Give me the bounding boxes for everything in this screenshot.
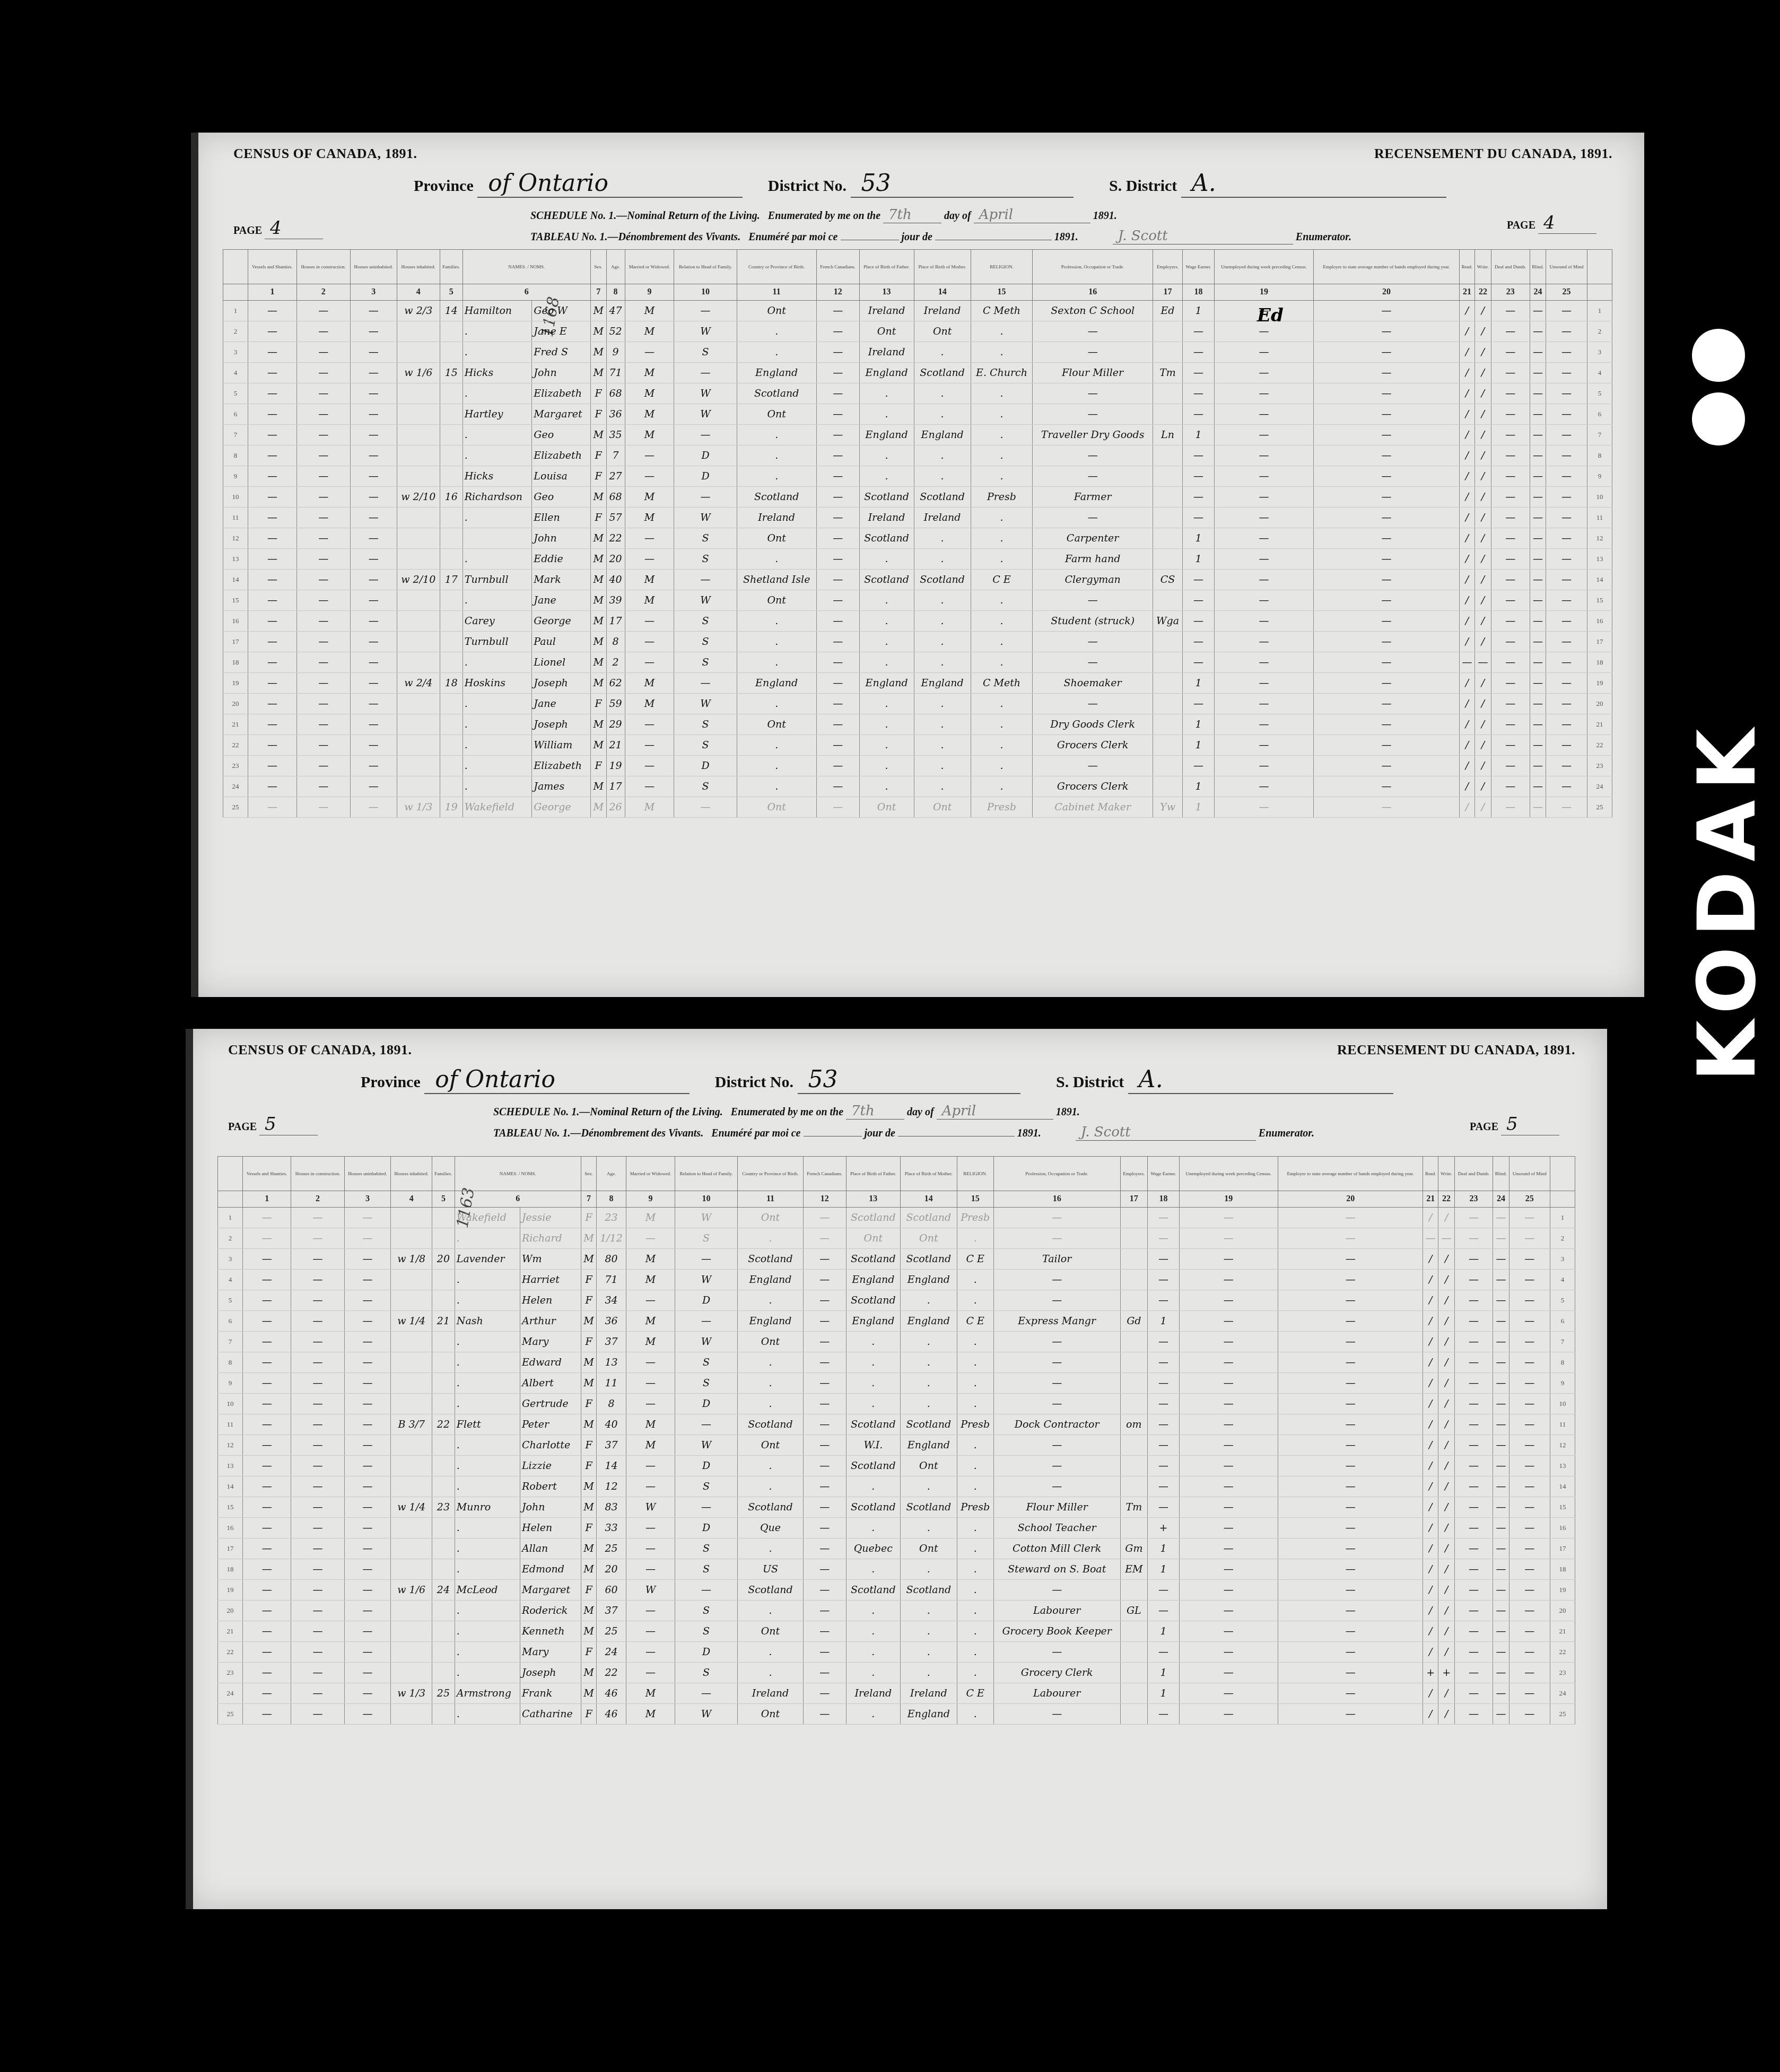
family-number xyxy=(440,383,463,404)
unsound-mind: — xyxy=(1509,1704,1550,1725)
french-canadian: — xyxy=(804,1394,846,1414)
unsound-mind: — xyxy=(1546,445,1587,466)
occupation: Sexton C School xyxy=(1033,301,1153,321)
row-number: 14 xyxy=(223,570,248,590)
family-number xyxy=(440,756,463,776)
houses-inhabited: w 1/3 xyxy=(391,1683,432,1704)
blind: — xyxy=(1493,1208,1509,1228)
religion: . xyxy=(957,1580,993,1601)
houses-inhabited xyxy=(391,1435,432,1456)
occupation: Tailor xyxy=(993,1249,1120,1270)
houses-construction: — xyxy=(291,1311,344,1332)
given-name: Robert xyxy=(520,1476,581,1497)
houses-construction: — xyxy=(291,1290,344,1311)
relation: — xyxy=(674,797,737,818)
hands-employed: — xyxy=(1278,1538,1423,1559)
relation: — xyxy=(675,1497,738,1518)
unsound-mind: — xyxy=(1546,363,1587,383)
wage-earner: 1 xyxy=(1148,1683,1180,1704)
row-number-right: 4 xyxy=(1587,363,1612,383)
row-number-right: 19 xyxy=(1587,673,1612,694)
vessels: — xyxy=(243,1683,291,1704)
deaf-dumb: — xyxy=(1454,1538,1493,1559)
wage-earner: 1 xyxy=(1183,549,1215,570)
unsound-mind: — xyxy=(1509,1394,1550,1414)
unsound-mind: — xyxy=(1546,549,1587,570)
religion: . xyxy=(957,1394,993,1414)
row-number-right: 2 xyxy=(1587,321,1612,342)
can-read: / xyxy=(1459,301,1474,321)
row-number: 23 xyxy=(218,1663,243,1683)
vessels: — xyxy=(248,632,297,652)
col-12: French Canadians. xyxy=(804,1157,846,1191)
wage-earner: — xyxy=(1148,1435,1180,1456)
houses-inhabited xyxy=(391,1394,432,1414)
surname: . xyxy=(463,694,532,714)
table-row: 8———.ElizabethF7—D.—...————//———8 xyxy=(223,445,1612,466)
family-number xyxy=(432,1601,455,1621)
deaf-dumb: — xyxy=(1491,735,1530,756)
blind: — xyxy=(1530,342,1546,363)
family-number xyxy=(432,1352,455,1373)
relation: W xyxy=(675,1332,738,1352)
table-row: 15———.JaneM39MWOnt—...————//———15 xyxy=(223,590,1612,611)
wage-earner: — xyxy=(1148,1601,1180,1621)
relation: D xyxy=(675,1642,738,1663)
row-number-right: 24 xyxy=(1587,776,1612,797)
birthplace: Ont xyxy=(737,528,816,549)
age: 20 xyxy=(597,1559,626,1580)
birthplace: Ont xyxy=(737,1208,803,1228)
blind: — xyxy=(1493,1456,1509,1476)
mother-birthplace: Ont xyxy=(901,1538,957,1559)
schedule-en: SCHEDULE No. 1.—Nominal Return of the Li… xyxy=(530,210,760,222)
religion: . xyxy=(957,1228,993,1249)
page-binding-edge xyxy=(186,1029,193,1909)
sex: M xyxy=(590,321,606,342)
vessels: — xyxy=(248,797,297,818)
birthplace: Ont xyxy=(737,714,816,735)
row-number: 20 xyxy=(223,694,248,714)
employer-annotation xyxy=(1120,1208,1148,1228)
sex: F xyxy=(590,404,606,425)
father-birthplace: . xyxy=(859,445,914,466)
occupation: — xyxy=(1033,652,1153,673)
blind: — xyxy=(1493,1476,1509,1497)
houses-inhabited: w 1/3 xyxy=(397,797,440,818)
row-number-right: 15 xyxy=(1550,1497,1575,1518)
row-number: 10 xyxy=(218,1394,243,1414)
vessels: — xyxy=(243,1580,291,1601)
unsound-mind: — xyxy=(1509,1518,1550,1538)
religion: . xyxy=(957,1642,993,1663)
unemployed: — xyxy=(1214,342,1313,363)
employer-annotation: Tm xyxy=(1120,1497,1148,1518)
relation: S xyxy=(674,528,737,549)
given-name: Margaret xyxy=(520,1580,581,1601)
hands-employed: — xyxy=(1278,1663,1423,1683)
schedule-fr: TABLEAU No. 1.—Dénombrement des Vivants. xyxy=(530,231,740,243)
province-value: of Ontario xyxy=(424,1066,690,1094)
wage-earner: — xyxy=(1148,1642,1180,1663)
sex: M xyxy=(590,797,606,818)
employer-annotation xyxy=(1120,1580,1148,1601)
french-canadian: — xyxy=(816,445,859,466)
can-read: / xyxy=(1459,342,1474,363)
sex: M xyxy=(581,1559,597,1580)
employer-annotation xyxy=(1153,590,1182,611)
row-number: 13 xyxy=(218,1456,243,1476)
relation: W xyxy=(674,508,737,528)
unsound-mind: — xyxy=(1509,1663,1550,1683)
wage-earner: — xyxy=(1148,1580,1180,1601)
employer-annotation xyxy=(1153,321,1182,342)
given-name: Joseph xyxy=(532,673,590,694)
employer-annotation xyxy=(1153,445,1182,466)
family-number xyxy=(432,1538,455,1559)
col-6: NAMES. / NOMS. xyxy=(455,1157,581,1191)
blind: — xyxy=(1530,590,1546,611)
surname: . xyxy=(463,735,532,756)
marital-status: — xyxy=(626,1538,675,1559)
can-read: / xyxy=(1423,1497,1438,1518)
surname: Carey xyxy=(463,611,532,632)
col-17: Employers. xyxy=(1120,1157,1148,1191)
deaf-dumb: — xyxy=(1491,756,1530,776)
sex: M xyxy=(581,1249,597,1270)
mother-birthplace: Ont xyxy=(914,321,971,342)
deaf-dumb: — xyxy=(1491,549,1530,570)
wage-earner: — xyxy=(1183,590,1215,611)
houses-uninhabited: — xyxy=(350,797,397,818)
religion: . xyxy=(971,590,1033,611)
sex: F xyxy=(581,1580,597,1601)
religion: . xyxy=(971,714,1033,735)
row-number: 2 xyxy=(223,321,248,342)
houses-uninhabited: — xyxy=(344,1621,391,1642)
age: 37 xyxy=(597,1332,626,1352)
vessels: — xyxy=(243,1601,291,1621)
religion: . xyxy=(957,1518,993,1538)
unsound-mind: — xyxy=(1546,404,1587,425)
french-canadian: — xyxy=(816,776,859,797)
given-name: Frank xyxy=(520,1683,581,1704)
occupation: Labourer xyxy=(993,1683,1120,1704)
blind: — xyxy=(1493,1373,1509,1394)
mother-birthplace: . xyxy=(914,383,971,404)
year: 1891. xyxy=(1056,1106,1080,1118)
unemployed: — xyxy=(1179,1663,1278,1683)
row-number: 11 xyxy=(223,508,248,528)
relation: S xyxy=(674,652,737,673)
hands-employed: — xyxy=(1278,1580,1423,1601)
col-row-num-right xyxy=(1587,250,1612,284)
marital-status: — xyxy=(625,735,674,756)
page-label-right: PAGE xyxy=(1507,220,1535,231)
occupation: — xyxy=(1033,445,1153,466)
birthplace: . xyxy=(737,735,816,756)
blind: — xyxy=(1530,611,1546,632)
mother-birthplace: . xyxy=(914,404,971,425)
religion: . xyxy=(957,1663,993,1683)
birthplace: Ireland xyxy=(737,508,816,528)
row-number: 25 xyxy=(223,797,248,818)
census-table-page-5: Vessels and Shanties. Houses in construc… xyxy=(217,1156,1575,1725)
age: 22 xyxy=(606,528,625,549)
surname: . xyxy=(463,508,532,528)
wage-earner: — xyxy=(1148,1270,1180,1290)
houses-uninhabited: — xyxy=(350,383,397,404)
given-name: Geo xyxy=(532,425,590,445)
family-number: 14 xyxy=(440,301,463,321)
sex: M xyxy=(581,1311,597,1332)
row-number: 7 xyxy=(223,425,248,445)
occupation: — xyxy=(1033,466,1153,487)
surname: . xyxy=(463,342,532,363)
occupation: — xyxy=(993,1332,1120,1352)
mother-birthplace: Scotland xyxy=(914,570,971,590)
unemployed: — xyxy=(1214,445,1313,466)
houses-inhabited xyxy=(397,632,440,652)
blind: — xyxy=(1530,776,1546,797)
houses-uninhabited: — xyxy=(344,1704,391,1725)
row-number-right: 11 xyxy=(1550,1414,1575,1435)
surname: . xyxy=(463,756,532,776)
row-number: 21 xyxy=(218,1621,243,1642)
birthplace: England xyxy=(737,363,816,383)
occupation: Labourer xyxy=(993,1601,1120,1621)
hands-employed: — xyxy=(1314,756,1460,776)
row-number-right: 22 xyxy=(1587,735,1612,756)
row-number-right: 10 xyxy=(1587,487,1612,508)
houses-inhabited xyxy=(391,1642,432,1663)
religion: C Meth xyxy=(971,673,1033,694)
hands-employed: — xyxy=(1314,321,1460,342)
father-birthplace: . xyxy=(846,1663,901,1683)
marital-status: — xyxy=(626,1663,675,1683)
employer-annotation xyxy=(1120,1290,1148,1311)
sex: M xyxy=(590,632,606,652)
father-birthplace: Scotland xyxy=(846,1456,901,1476)
houses-construction: — xyxy=(296,342,350,363)
unemployed: — xyxy=(1214,590,1313,611)
mother-birthplace: . xyxy=(914,549,971,570)
can-read: / xyxy=(1423,1249,1438,1270)
french-canadian: — xyxy=(816,383,859,404)
row-number: 16 xyxy=(218,1518,243,1538)
houses-construction: — xyxy=(291,1228,344,1249)
row-number-right: 4 xyxy=(1550,1270,1575,1290)
hands-employed: — xyxy=(1278,1518,1423,1538)
houses-uninhabited: — xyxy=(350,363,397,383)
mother-birthplace: . xyxy=(914,652,971,673)
employer-annotation xyxy=(1120,1435,1148,1456)
father-birthplace: England xyxy=(859,425,914,445)
marital-status: M xyxy=(626,1704,675,1725)
col-13: Place of Birth of Father. xyxy=(846,1157,901,1191)
houses-inhabited: w 2/10 xyxy=(397,487,440,508)
houses-construction: — xyxy=(291,1580,344,1601)
family-number: 18 xyxy=(440,673,463,694)
occupation: Farmer xyxy=(1033,487,1153,508)
houses-uninhabited: — xyxy=(344,1559,391,1580)
family-number xyxy=(440,404,463,425)
houses-uninhabited: — xyxy=(344,1311,391,1332)
hands-employed: — xyxy=(1314,735,1460,756)
age: 37 xyxy=(597,1601,626,1621)
religion: . xyxy=(971,652,1033,673)
houses-construction: — xyxy=(291,1394,344,1414)
mother-birthplace: . xyxy=(914,735,971,756)
can-read: / xyxy=(1459,445,1474,466)
father-birthplace: Scotland xyxy=(859,528,914,549)
houses-inhabited xyxy=(391,1456,432,1476)
marital-status: M xyxy=(625,425,674,445)
father-birthplace: . xyxy=(859,404,914,425)
col-17: Employers. xyxy=(1153,250,1182,284)
province-label: Province xyxy=(361,1073,421,1091)
houses-construction: — xyxy=(291,1642,344,1663)
wage-earner: — xyxy=(1183,363,1215,383)
houses-inhabited: w 1/4 xyxy=(391,1497,432,1518)
houses-uninhabited: — xyxy=(344,1208,391,1228)
employer-annotation xyxy=(1120,1394,1148,1414)
page-number-left: PAGE 4 xyxy=(233,217,323,239)
surname: . xyxy=(455,1642,520,1663)
row-number-right: 9 xyxy=(1587,466,1612,487)
given-name: Jane xyxy=(532,694,590,714)
french-canadian: — xyxy=(816,342,859,363)
page-label: PAGE xyxy=(233,225,262,237)
houses-inhabited xyxy=(391,1352,432,1373)
houses-construction: — xyxy=(291,1249,344,1270)
enumerated-label: Enumerated by me on the xyxy=(731,1106,843,1118)
year-fr: 1891. xyxy=(1017,1127,1041,1139)
houses-construction: — xyxy=(291,1456,344,1476)
sex: F xyxy=(590,445,606,466)
surname: Munro xyxy=(455,1497,520,1518)
unemployed: — xyxy=(1214,466,1313,487)
deaf-dumb: — xyxy=(1454,1394,1493,1414)
employer-annotation: Yw xyxy=(1153,797,1182,818)
houses-construction: — xyxy=(291,1518,344,1538)
father-birthplace: . xyxy=(846,1476,901,1497)
deaf-dumb: — xyxy=(1491,363,1530,383)
age: 57 xyxy=(606,508,625,528)
birthplace: . xyxy=(737,1352,803,1373)
sex: M xyxy=(581,1228,597,1249)
mother-birthplace: . xyxy=(914,342,971,363)
hands-employed: — xyxy=(1314,694,1460,714)
wage-earner: — xyxy=(1183,632,1215,652)
province-label: Province xyxy=(414,177,474,195)
wage-earner: 1 xyxy=(1183,776,1215,797)
unsound-mind: — xyxy=(1546,797,1587,818)
row-number: 21 xyxy=(223,714,248,735)
can-write: / xyxy=(1475,383,1491,404)
french-canadian: — xyxy=(804,1559,846,1580)
occupation: — xyxy=(993,1290,1120,1311)
houses-construction: — xyxy=(291,1704,344,1725)
father-birthplace: England xyxy=(846,1311,901,1332)
mother-birthplace: . xyxy=(914,445,971,466)
family-number xyxy=(432,1704,455,1725)
row-number: 17 xyxy=(218,1538,243,1559)
surname: Hicks xyxy=(463,363,532,383)
blind: — xyxy=(1493,1518,1509,1538)
wage-earner: 1 xyxy=(1183,797,1215,818)
vessels: — xyxy=(248,363,297,383)
vessels: — xyxy=(248,404,297,425)
unsound-mind: — xyxy=(1546,673,1587,694)
blind: — xyxy=(1530,714,1546,735)
religion: Presb xyxy=(957,1208,993,1228)
vessels: — xyxy=(248,694,297,714)
father-birthplace: . xyxy=(859,735,914,756)
jour-blank xyxy=(898,1136,1015,1136)
relation: S xyxy=(674,776,737,797)
surname: . xyxy=(463,776,532,797)
can-read: / xyxy=(1459,632,1474,652)
employer-annotation xyxy=(1120,1373,1148,1394)
houses-construction: — xyxy=(291,1332,344,1352)
deaf-dumb: — xyxy=(1491,528,1530,549)
employer-annotation xyxy=(1120,1249,1148,1270)
row-number-right: 12 xyxy=(1587,528,1612,549)
unemployed: — xyxy=(1179,1228,1278,1249)
houses-uninhabited: — xyxy=(350,445,397,466)
surname: . xyxy=(455,1270,520,1290)
french-canadian: — xyxy=(804,1414,846,1435)
houses-uninhabited: — xyxy=(350,673,397,694)
can-write: / xyxy=(1438,1683,1455,1704)
age: 80 xyxy=(597,1249,626,1270)
religion: . xyxy=(957,1538,993,1559)
birthplace: Ont xyxy=(737,590,816,611)
row-number-right: 8 xyxy=(1587,445,1612,466)
wage-earner: 1 xyxy=(1148,1559,1180,1580)
col-4: Houses inhabited. xyxy=(397,250,440,284)
father-birthplace: Scotland xyxy=(846,1580,901,1601)
father-birthplace: Scotland xyxy=(846,1290,901,1311)
wage-earner: — xyxy=(1148,1208,1180,1228)
religion: C E xyxy=(971,570,1033,590)
col-19: Unemployed during week preceding Census. xyxy=(1214,250,1313,284)
hands-employed: — xyxy=(1314,549,1460,570)
vessels: — xyxy=(243,1249,291,1270)
given-name: Ellen xyxy=(532,508,590,528)
father-birthplace: . xyxy=(859,383,914,404)
french-canadian: — xyxy=(804,1228,846,1249)
col-5: Families. xyxy=(440,250,463,284)
father-birthplace: Ireland xyxy=(859,508,914,528)
table-row: 13———.LizzieF14—D.—ScotlandOnt.————//———… xyxy=(218,1456,1575,1476)
religion: . xyxy=(957,1559,993,1580)
religion: Presb xyxy=(971,487,1033,508)
col-22: Write. xyxy=(1438,1157,1455,1191)
houses-construction: — xyxy=(291,1435,344,1456)
age: 25 xyxy=(597,1538,626,1559)
french-canadian: — xyxy=(804,1270,846,1290)
houses-uninhabited: — xyxy=(344,1290,391,1311)
vessels: — xyxy=(248,466,297,487)
family-number xyxy=(440,611,463,632)
birthplace: Scotland xyxy=(737,1497,803,1518)
employer-annotation xyxy=(1120,1683,1148,1704)
occupation: Carpenter xyxy=(1033,528,1153,549)
houses-uninhabited: — xyxy=(350,321,397,342)
occupation: Grocery Book Keeper xyxy=(993,1621,1120,1642)
